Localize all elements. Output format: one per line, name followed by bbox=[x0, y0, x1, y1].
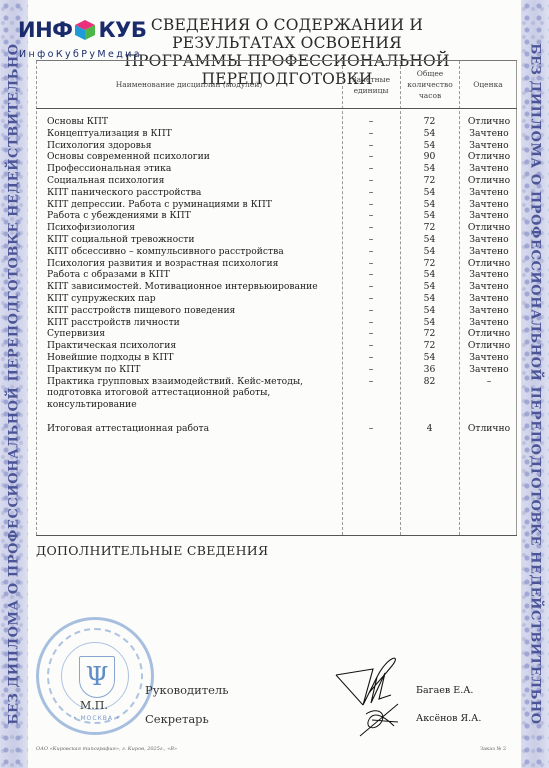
table-row: Новейшие подходы в КПТ–54Зачтено bbox=[36, 352, 517, 364]
table-row: КПТ социальной тревожности–54Зачтено bbox=[36, 234, 517, 246]
credit-units: – bbox=[342, 352, 400, 364]
left-border-text: БЕЗ ДИПЛОМА О ПРОФЕССИОНАЛЬНОЙ ПЕРЕПОДГО… bbox=[7, 43, 22, 724]
total-hours: 72 bbox=[400, 258, 459, 270]
total-hours: 54 bbox=[400, 352, 459, 364]
total-hours: 72 bbox=[400, 340, 459, 352]
table-row: Основы КПТ–72Отлично bbox=[36, 116, 517, 128]
grade: Отлично bbox=[459, 222, 519, 234]
cube-icon bbox=[74, 19, 96, 41]
table-row: КПТ расстройств пищевого поведения–54Зач… bbox=[36, 305, 517, 317]
grade: Зачтено bbox=[459, 269, 519, 281]
discipline-name: Концептуализация в КПТ bbox=[47, 128, 332, 140]
psi-emblem-icon: Ψ bbox=[79, 656, 115, 698]
official-stamp: Ψ • МОСКВА • bbox=[36, 617, 154, 735]
total-hours: 72 bbox=[400, 222, 459, 234]
logo-wordmark: ИНФ КУБ bbox=[18, 18, 146, 42]
grade: Зачтено bbox=[459, 140, 519, 152]
credit-units: – bbox=[342, 423, 400, 435]
credit-units: – bbox=[342, 163, 400, 175]
discipline-name: КПТ супружеских пар bbox=[47, 293, 332, 305]
total-hours: 54 bbox=[400, 163, 459, 175]
secretary-name: Аксёнов Я.А. bbox=[416, 713, 481, 724]
grade: Зачтено bbox=[459, 210, 519, 222]
credit-units: – bbox=[342, 269, 400, 281]
credit-units: – bbox=[342, 376, 400, 388]
grade: Зачтено bbox=[459, 305, 519, 317]
column-header-discipline: Наименование дисциплин (модулей) bbox=[36, 61, 342, 108]
grade: Зачтено bbox=[459, 199, 519, 211]
printer-imprint: ОАО «Кировская типография», г. Киров, 20… bbox=[36, 746, 177, 752]
total-hours: 54 bbox=[400, 187, 459, 199]
discipline-name: Основы КПТ bbox=[47, 116, 332, 128]
grade: Отлично bbox=[459, 340, 519, 352]
grade: Зачтено bbox=[459, 128, 519, 140]
table-row: Практикум по КПТ–36Зачтено bbox=[36, 364, 517, 376]
discipline-name: КПТ депрессии. Работа с руминациями в КП… bbox=[47, 199, 332, 211]
table-row: Социальная психология–72Отлично bbox=[36, 175, 517, 187]
secretary-role-label: Секретарь bbox=[145, 712, 209, 726]
credit-units: – bbox=[342, 116, 400, 128]
total-hours: 90 bbox=[400, 151, 459, 163]
table-row: Психология здоровья–54Зачтено bbox=[36, 140, 517, 152]
credit-units: – bbox=[342, 328, 400, 340]
discipline-name: Основы современной психологии bbox=[47, 151, 332, 163]
grade: Отлично bbox=[459, 423, 519, 435]
head-role-label: Руководитель bbox=[145, 683, 229, 697]
total-hours: 54 bbox=[400, 128, 459, 140]
total-hours: 72 bbox=[400, 175, 459, 187]
table-row: Профессиональная этика–54Зачтено bbox=[36, 163, 517, 175]
grade: Отлично bbox=[459, 258, 519, 270]
credit-units: – bbox=[342, 293, 400, 305]
discipline-name: Практическая психология bbox=[47, 340, 332, 352]
table-row: КПТ зависимостей. Мотивационное интервью… bbox=[36, 281, 517, 293]
left-guilloche-border: БЕЗ ДИПЛОМА О ПРОФЕССИОНАЛЬНОЙ ПЕРЕПОДГО… bbox=[0, 0, 28, 768]
discipline-name: Супервизия bbox=[47, 328, 332, 340]
grade: Зачтено bbox=[459, 187, 519, 199]
discipline-name: Итоговая аттестационная работа bbox=[47, 423, 332, 435]
secretary-signature-icon bbox=[358, 700, 408, 738]
column-header-credits: Зачетные единицы bbox=[348, 61, 394, 108]
grade: Зачтено bbox=[459, 246, 519, 258]
table-row: КПТ расстройств личности–54Зачтено bbox=[36, 317, 517, 329]
total-hours: 54 bbox=[400, 317, 459, 329]
discipline-name: Новейшие подходы в КПТ bbox=[47, 352, 332, 364]
discipline-name: КПТ расстройств пищевого поведения bbox=[47, 305, 332, 317]
discipline-name: КПТ обсессивно – компульсивного расстрой… bbox=[47, 246, 332, 258]
grade: Отлично bbox=[459, 175, 519, 187]
order-number: Заказ № 2 bbox=[480, 746, 506, 752]
credit-units: – bbox=[342, 281, 400, 293]
table-row: Основы современной психологии–90Отлично bbox=[36, 151, 517, 163]
total-hours: 54 bbox=[400, 269, 459, 281]
discipline-name: Профессиональная этика bbox=[47, 163, 332, 175]
grade: Отлично bbox=[459, 328, 519, 340]
credit-units: – bbox=[342, 140, 400, 152]
table-row: Психофизиология–72Отлично bbox=[36, 222, 517, 234]
table-row: КПТ супружеских пар–54Зачтено bbox=[36, 293, 517, 305]
total-hours: 54 bbox=[400, 210, 459, 222]
total-hours: 72 bbox=[400, 328, 459, 340]
discipline-name: Социальная психология bbox=[47, 175, 332, 187]
additional-info-heading: ДОПОЛНИТЕЛЬНЫЕ СВЕДЕНИЯ bbox=[36, 543, 268, 558]
total-hours: 54 bbox=[400, 246, 459, 258]
table-row: Концептуализация в КПТ–54Зачтено bbox=[36, 128, 517, 140]
infokub-logo: ИНФ КУБ ИнфоКубРуМедиа bbox=[18, 18, 138, 62]
grade: Зачтено bbox=[459, 317, 519, 329]
credit-units: – bbox=[342, 128, 400, 140]
table-row: Практическая психология–72Отлично bbox=[36, 340, 517, 352]
credit-units: – bbox=[342, 222, 400, 234]
grade: – bbox=[459, 376, 519, 388]
grade: Зачтено bbox=[459, 234, 519, 246]
credit-units: – bbox=[342, 364, 400, 376]
table-row: КПТ обсессивно – компульсивного расстрой… bbox=[36, 246, 517, 258]
table-row: КПТ панического расстройства–54Зачтено bbox=[36, 187, 517, 199]
discipline-name: КПТ расстройств личности bbox=[47, 317, 332, 329]
total-hours: 82 bbox=[400, 376, 459, 388]
grade: Зачтено bbox=[459, 163, 519, 175]
logo-text-right: КУБ bbox=[98, 18, 146, 42]
credit-units: – bbox=[342, 175, 400, 187]
grade: Зачтено bbox=[459, 352, 519, 364]
total-hours: 36 bbox=[400, 364, 459, 376]
total-hours: 54 bbox=[400, 293, 459, 305]
table-row: КПТ депрессии. Работа с руминациями в КП… bbox=[36, 199, 517, 211]
logo-text-left: ИНФ bbox=[18, 18, 72, 42]
credit-units: – bbox=[342, 317, 400, 329]
credit-units: – bbox=[342, 258, 400, 270]
grade: Зачтено bbox=[459, 364, 519, 376]
table-row: Работа с убеждениями в КПТ–54Зачтено bbox=[36, 210, 517, 222]
total-hours: 54 bbox=[400, 199, 459, 211]
grade: Отлично bbox=[459, 116, 519, 128]
table-body: Основы КПТ–72ОтличноКонцептуализация в К… bbox=[36, 116, 517, 435]
logo-subtitle: ИнфоКубРуМедиа bbox=[19, 49, 142, 60]
credit-units: – bbox=[342, 305, 400, 317]
stamp-city-text: • МОСКВА • bbox=[73, 715, 120, 722]
discipline-name: КПТ панического расстройства bbox=[47, 187, 332, 199]
credit-units: – bbox=[342, 199, 400, 211]
discipline-name: КПТ зависимостей. Мотивационное интервью… bbox=[47, 281, 332, 293]
discipline-name: КПТ социальной тревожности bbox=[47, 234, 332, 246]
total-hours: 54 bbox=[400, 305, 459, 317]
table-row: Супервизия–72Отлично bbox=[36, 328, 517, 340]
right-border-text: БЕЗ ДИПЛОМА О ПРОФЕССИОНАЛЬНОЙ ПЕРЕПОДГО… bbox=[528, 43, 543, 724]
stamp-place-label: М.П. bbox=[80, 699, 108, 712]
discipline-name: Психология развития и возрастная психоло… bbox=[47, 258, 332, 270]
discipline-name: Практика групповых взаимодействий. Кейс-… bbox=[47, 376, 332, 411]
total-hours: 72 bbox=[400, 116, 459, 128]
credit-units: – bbox=[342, 210, 400, 222]
title-line-1: СВЕДЕНИЯ О СОДЕРЖАНИИ И РЕЗУЛЬТАТАХ ОСВО… bbox=[92, 16, 482, 52]
credit-units: – bbox=[342, 187, 400, 199]
table-row: Итоговая аттестационная работа–4Отлично bbox=[36, 423, 517, 435]
column-header-hours: Общее количество часов bbox=[406, 61, 454, 108]
grade: Зачтено bbox=[459, 281, 519, 293]
credit-units: – bbox=[342, 246, 400, 258]
total-hours: 54 bbox=[400, 281, 459, 293]
credit-units: – bbox=[342, 151, 400, 163]
diploma-supplement-page: БЕЗ ДИПЛОМА О ПРОФЕССИОНАЛЬНОЙ ПЕРЕПОДГО… bbox=[0, 0, 549, 768]
discipline-name: Практикум по КПТ bbox=[47, 364, 332, 376]
header-divider bbox=[36, 108, 517, 109]
grade: Зачтено bbox=[459, 293, 519, 305]
credit-units: – bbox=[342, 234, 400, 246]
grade: Отлично bbox=[459, 151, 519, 163]
table-row: Психология развития и возрастная психоло… bbox=[36, 258, 517, 270]
discipline-name: Психофизиология bbox=[47, 222, 332, 234]
table-row: Работа с образами в КПТ–54Зачтено bbox=[36, 269, 517, 281]
column-header-grade: Оценка bbox=[459, 61, 517, 108]
table-row: Практика групповых взаимодействий. Кейс-… bbox=[36, 376, 517, 411]
credit-units: – bbox=[342, 340, 400, 352]
total-hours: 54 bbox=[400, 140, 459, 152]
total-hours: 54 bbox=[400, 234, 459, 246]
disciplines-table: Наименование дисциплин (модулей) Зачетны… bbox=[36, 60, 517, 536]
right-guilloche-border: БЕЗ ДИПЛОМА О ПРОФЕССИОНАЛЬНОЙ ПЕРЕПОДГО… bbox=[521, 0, 549, 768]
head-name: Багаев Е.А. bbox=[416, 685, 473, 696]
discipline-name: Работа с образами в КПТ bbox=[47, 269, 332, 281]
discipline-name: Психология здоровья bbox=[47, 140, 332, 152]
total-hours: 4 bbox=[400, 423, 459, 435]
discipline-name: Работа с убеждениями в КПТ bbox=[47, 210, 332, 222]
